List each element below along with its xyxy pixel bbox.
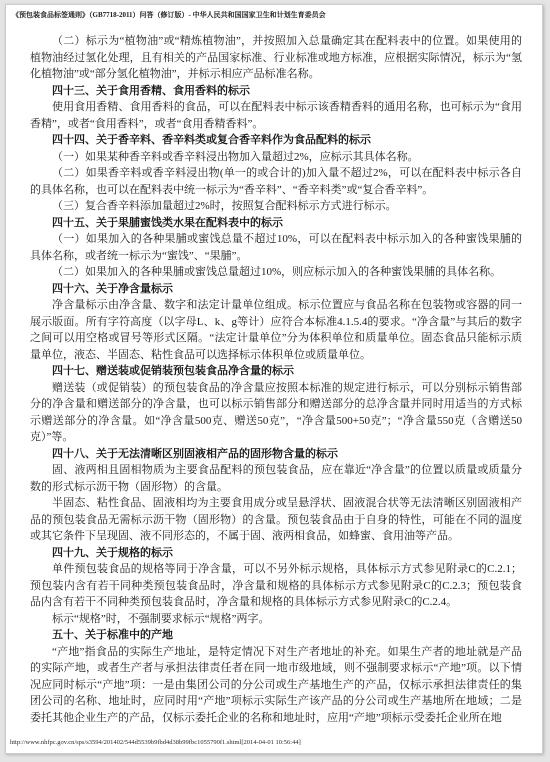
section-heading: 四十五、关于果脯蜜饯类水果在配料表中的标示 (30, 215, 522, 232)
document-footer-url: http://www.nhfpc.gov.cn/sps/s3594/201402… (10, 739, 301, 747)
paragraph: 固、液两相且固相物质为主要食品配料的预包装食品，应在靠近“净含量”的位置以质量或… (30, 462, 522, 495)
paragraph: （一）如果加入的各种果脯或蜜饯总量不超过10%，可以在配料表中标示加入的各种蜜饯… (30, 231, 522, 264)
document-page: 《预包装食品标签通则》（GB7718-2011）问答（修订版）- 中华人民共和国… (5, 4, 543, 754)
paragraph: （三）复合香辛料添加量超过2%时，按照复合配料标示方式进行标示。 (30, 198, 522, 215)
paragraph: （二）如果香辛料或香辛料浸出物(单一的或合计的)加入量不超过2%，可以在配料表中… (30, 165, 522, 198)
paragraph: 净含量标示由净含量、数字和法定计量单位组成。标示位置应与食品名称在包装物或容器的… (30, 297, 522, 363)
screenshot-root: { "page": { "header_title": "《预包装食品标签通则》… (0, 0, 550, 762)
paragraph: （二）标示为“植物油”或“精炼植物油”，并按照加入总量确定其在配料表中的位置。如… (30, 33, 522, 83)
paragraph: 标示“规格”时，不强制要求标示“规格”两字。 (30, 611, 522, 628)
section-heading: 四十七、赠送装或促销装预包装食品净含量的标示 (30, 363, 522, 380)
paragraph: 单件预包装食品的规格等同于净含量，可以不另外标示规格，具体标示方式参见附录C的C… (30, 561, 522, 611)
document-header-title: 《预包装食品标签通则》（GB7718-2011）问答（修订版）- 中华人民共和国… (6, 5, 542, 20)
section-heading: 四十九、关于规格的标示 (30, 545, 522, 562)
paragraph: 赠送装（或促销装）的预包装食品的净含量应按照本标准的规定进行标示，可以分别标示销… (30, 380, 522, 446)
section-heading: 四十四、关于香辛料、香辛料类或复合香辛料作为食品配料的标示 (30, 132, 522, 149)
section-heading: 四十八、关于无法清晰区别固液相产品的固形物含量的标示 (30, 446, 522, 463)
paragraph: 半固态、粘性食品、固液相均为主要食用成分或呈悬浮状、固液混合状等无法清晰区别固液… (30, 495, 522, 545)
paragraph: “产地”指食品的实际生产地址，是特定情况下对生产者地址的补充。如果生产者的地址就… (30, 644, 522, 727)
section-heading: 四十六、关于净含量标示 (30, 281, 522, 298)
section-heading: 四十三、关于食用香精、食用香料的标示 (30, 83, 522, 100)
paragraph: （一）如果某种香辛料或香辛料浸出物加入量超过2%，应标示其具体名称。 (30, 149, 522, 166)
section-heading: 五十、关于标准中的产地 (30, 627, 522, 644)
paragraph: 使用食用香精、食用香料的食品，可以在配料表中标示该香精香料的通用名称，也可标示为… (30, 99, 522, 132)
document-body: （二）标示为“植物油”或“精炼植物油”，并按照加入总量确定其在配料表中的位置。如… (6, 33, 542, 726)
paragraph: （二）如果加入的各种果脯或蜜饯总量超过10%，则应标示加入的各种蜜饯果脯的具体名… (30, 264, 522, 281)
